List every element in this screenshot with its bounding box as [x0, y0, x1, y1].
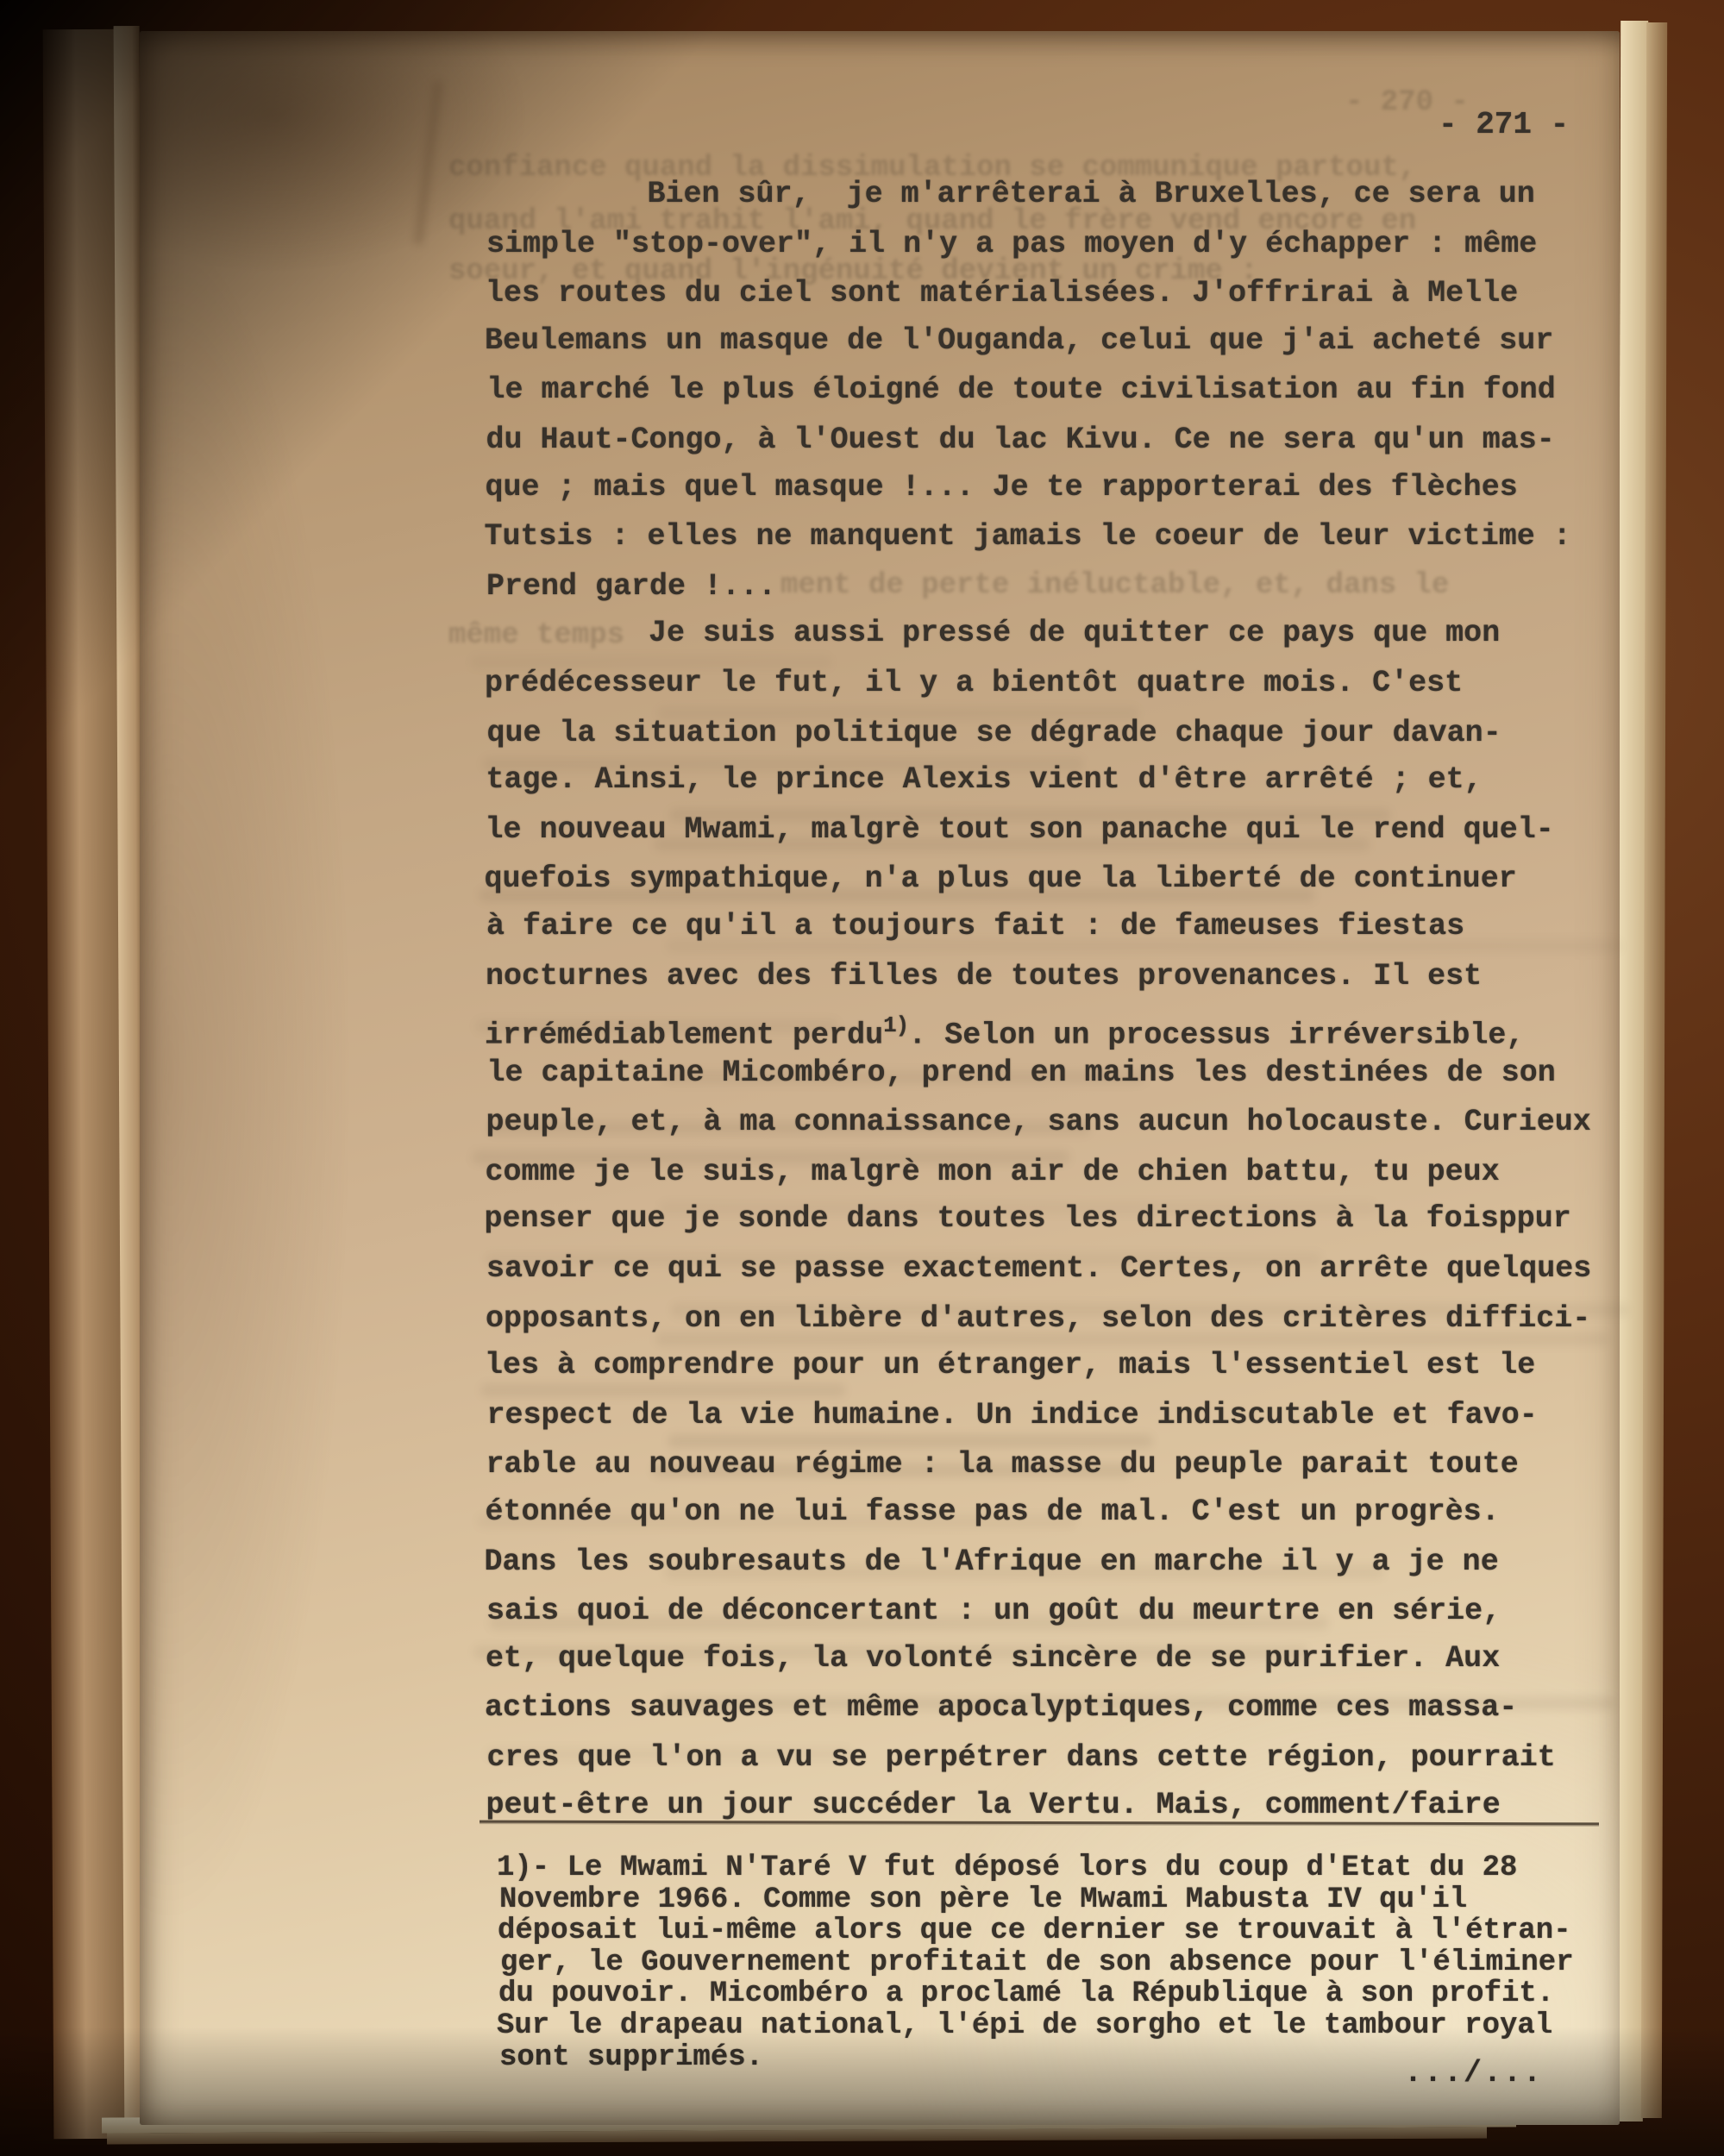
text-line: que la situation politique se dégrade ch… — [487, 709, 1592, 758]
text-line: nocturnes avec des filles de toutes prov… — [486, 952, 1590, 1001]
footnote-line: 1)- Le Mwami N'Taré V fut déposé lors du… — [497, 1852, 1570, 1884]
text-line: sais quoi de déconcertant : un goût du m… — [486, 1587, 1591, 1636]
book-page-stack-left-outer — [43, 29, 127, 2139]
footnote-text: 1)- Le Mwami N'Taré V fut déposé lors du… — [498, 1852, 1572, 2073]
text-line: que ; mais quel masque !... Je te rappor… — [486, 463, 1590, 512]
text-line: prédécesseur le fut, il y a bientôt quat… — [485, 659, 1589, 708]
text-line: Bien sûr, je m'arrêterai à Bruxelles, ce… — [485, 170, 1589, 219]
text-line: Je suis aussi pressé de quitter ce pays … — [486, 609, 1590, 658]
text-line: actions sauvages et même apocalyptiques,… — [485, 1683, 1589, 1733]
text-line: Beulemans un masque de l'Ouganda, celui … — [485, 317, 1589, 366]
text-line: le capitaine Micombéro, prend en mains l… — [487, 1049, 1592, 1098]
text-line: comme je le suis, malgrè mon air de chie… — [486, 1148, 1590, 1197]
text-line: simple "stop-over", il n'y a pas moyen d… — [486, 220, 1591, 269]
footnote-line: ger, le Gouvernement profitait de son ab… — [500, 1947, 1574, 1979]
text-line: cres que l'on a vu se perpétrer dans cet… — [487, 1733, 1592, 1783]
text-line: à faire ce qu'il a toujours fait : de fa… — [486, 902, 1591, 951]
photographed-typescript-page: { "header": { "page_number": "- 271 -" }… — [0, 0, 1724, 2156]
text-line: Dans les soubresauts de l'Afrique en mar… — [485, 1538, 1589, 1587]
text-line: savoir ce qui se passe exactement. Certe… — [486, 1244, 1591, 1294]
footnote-reference: 1) — [883, 1012, 908, 1038]
footnote-line: du pouvoir. Micombéro a proclamé la Répu… — [498, 1978, 1572, 2010]
text-line: rable au nouveau régime : la masse du pe… — [486, 1440, 1591, 1489]
footnote-line: Sur le drapeau national, l'épi de sorgho… — [497, 2010, 1570, 2042]
body-text: Bien sûr, je m'arrêterai à Bruxelles, ce… — [486, 171, 1590, 1830]
text-line: étonnée qu'on ne lui fasse pas de mal. C… — [486, 1488, 1590, 1537]
text-line: penser que je sonde dans toutes les dire… — [485, 1194, 1589, 1244]
text-line: opposants, on en libère d'autres, selon … — [486, 1294, 1590, 1344]
paper-crease — [414, 81, 442, 245]
continuation-mark: .../... — [1404, 2056, 1543, 2090]
footnote-line: déposait lui-même alors que ce dernier s… — [498, 1915, 1571, 1947]
text-line: respect de la vie humaine. Un indice ind… — [487, 1391, 1592, 1440]
text-line: et, quelque fois, la volonté sincère de … — [486, 1634, 1590, 1683]
text-line: Tutsis : elles ne manquent jamais le coe… — [485, 512, 1589, 561]
page-number: - 271 - — [1439, 107, 1569, 142]
text-line: quefois sympathique, n'a plus que la lib… — [485, 855, 1589, 904]
text-line: le nouveau Mwami, malgrè tout son panach… — [486, 805, 1590, 855]
text-line: du Haut-Congo, à l'Ouest du lac Kivu. Ce… — [486, 416, 1591, 465]
footnote-line: Novembre 1966. Comme son père le Mwami M… — [499, 1884, 1573, 1916]
text-line: les routes du ciel sont matérialisées. J… — [486, 269, 1590, 318]
text-line: les à comprendre pour un étranger, mais … — [485, 1341, 1589, 1390]
page-fore-edge-dark — [1641, 22, 1667, 2118]
text-line: Prend garde !... — [486, 562, 1591, 611]
text-line: peuple, et, à ma connaissance, sans aucu… — [486, 1098, 1591, 1147]
text-line: tage. Ainsi, le prince Alexis vient d'êt… — [486, 755, 1591, 805]
text-line: le marché le plus éloigné de toute civil… — [487, 366, 1592, 415]
text-line: irrémédiablement perdu1). Selon un proce… — [485, 1001, 1589, 1050]
